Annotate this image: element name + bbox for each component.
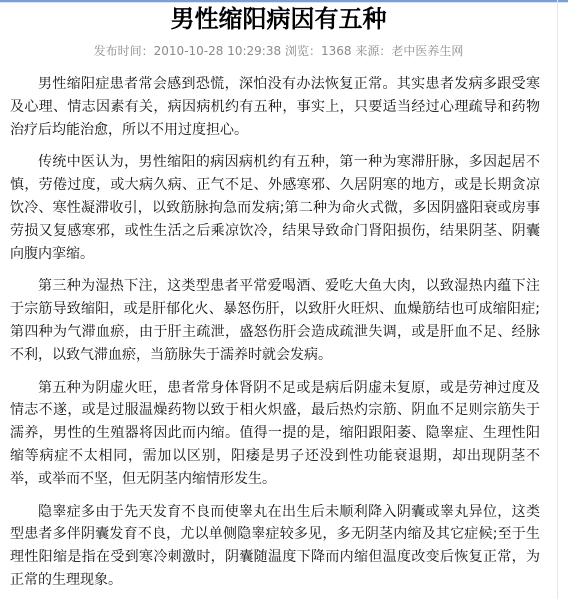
content-right-rule bbox=[557, 0, 558, 599]
views-label: 浏览： bbox=[285, 44, 321, 58]
article: 男性缩阳病因有五种 发布时间：2010-10-28 10:29:38 浏览：13… bbox=[0, 0, 557, 599]
article-body: 男性缩阳症患者常会感到恐慌，深怕没有办法恢复正常。其实患者发病多跟受寒及心理、情… bbox=[0, 73, 557, 592]
publish-time-label: 发布时间： bbox=[94, 44, 154, 58]
paragraph-causes-1-2: 传统中医认为，男性缩阳的病因病机约有五种，第一种为寒滞肝脉，多因起居不慎，劳倦过… bbox=[10, 151, 540, 265]
source-label: 来源： bbox=[355, 44, 391, 58]
paragraph-differential: 隐睾症多由于先天发育不良而使睾丸在出生后未顺利降入阴囊或睾丸异位，这类型患者多伴… bbox=[10, 501, 540, 592]
source-name: 老中医养生网 bbox=[391, 44, 463, 58]
paragraph-cause-5: 第五种为阴虚火旺，患者常身体肾阴不足或是病后阴虚未复原，或是劳神过度及情志不遂，… bbox=[10, 377, 540, 491]
paragraph-causes-3-4: 第三种为湿热下注，这类型患者平常爱喝酒、爱吃大鱼大肉，以致湿热内蕴下注于宗筋导致… bbox=[10, 275, 540, 366]
paragraph-intro: 男性缩阳症患者常会感到恐慌，深怕没有办法恢复正常。其实患者发病多跟受寒及心理、情… bbox=[10, 73, 540, 141]
article-meta: 发布时间：2010-10-28 10:29:38 浏览：1368 来源：老中医养… bbox=[0, 43, 557, 59]
views-count: 1368 bbox=[321, 44, 352, 58]
publish-time: 2010-10-28 10:29:38 bbox=[154, 44, 281, 58]
article-title: 男性缩阳病因有五种 bbox=[0, 0, 557, 34]
